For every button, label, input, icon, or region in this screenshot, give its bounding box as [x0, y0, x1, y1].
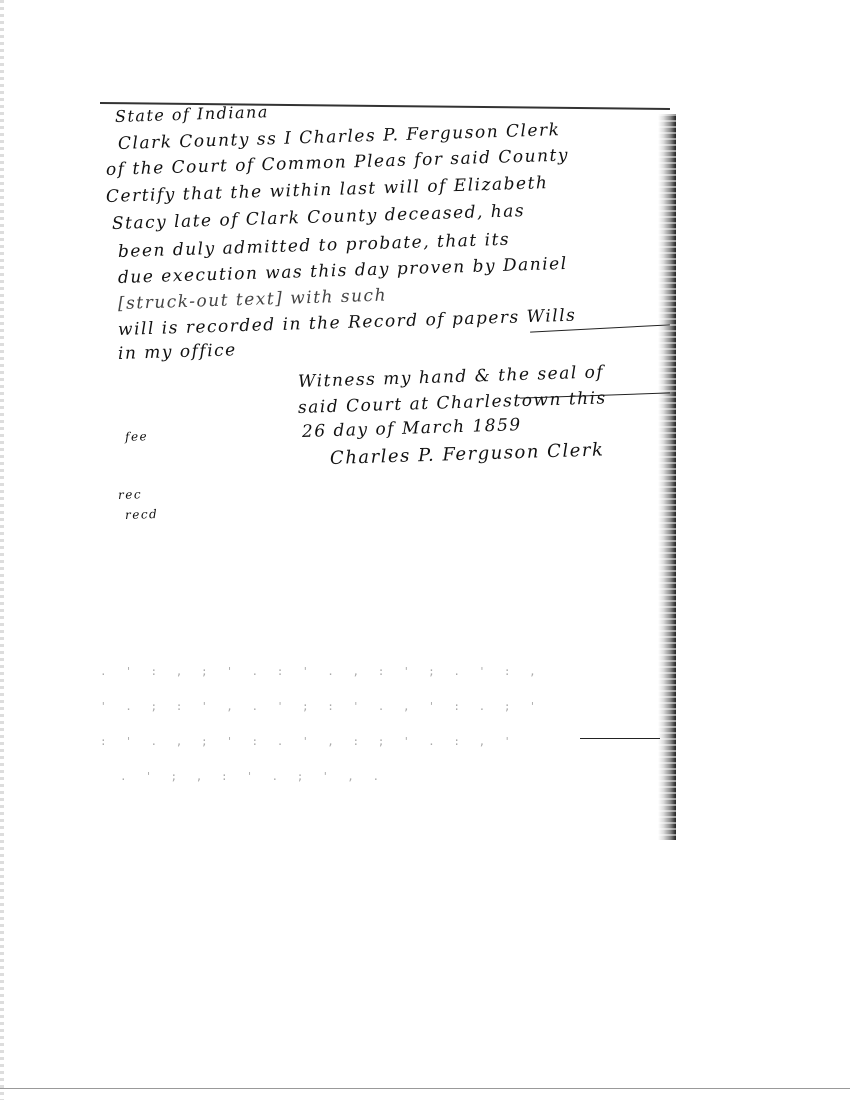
margin-note-1: fee — [125, 429, 149, 444]
fold-line-lower — [580, 738, 660, 739]
line-office: in my office — [118, 340, 237, 364]
bleed-through-noise: . ' ; , : ' . ; ' , . — [120, 770, 385, 783]
binding-spine — [658, 114, 676, 840]
scan-edge-artifact — [0, 0, 4, 1100]
margin-note-2: rec — [118, 487, 142, 502]
margin-note-3: recd — [125, 507, 159, 522]
bleed-through-noise: : ' . , ; ' : . ' , : ; ' . : , ' — [100, 735, 517, 748]
bleed-through-noise: ' . ; : ' , . ' ; : ' . , ' : . ; ' — [100, 700, 542, 713]
scan-bottom-edge — [0, 1088, 850, 1089]
bleed-through-noise: . ' : , ; ' . : ' . , : ' ; . ' : , — [100, 665, 542, 678]
